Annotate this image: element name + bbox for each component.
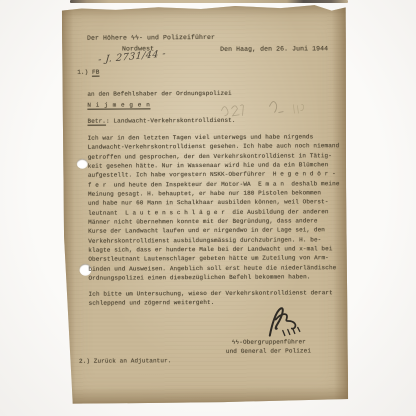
subject-separator: : xyxy=(106,118,113,125)
item-1-label: FB xyxy=(92,69,99,76)
item-1-number: 1.) xyxy=(77,69,92,76)
recipient-city: N i j m e g e n xyxy=(87,100,150,110)
subject-label: Betr. xyxy=(87,118,106,125)
body-paragraph-1: Ich war in den letzten Tagen viel unterw… xyxy=(88,132,341,283)
paper-top-edge-sliver xyxy=(70,0,348,3)
letter-paper: Der Höhere ϟϟ- und Polizeiführer Nordwes… xyxy=(62,4,348,404)
subject-line: Betr.: Landwacht-Verkehrskontrolldienst. xyxy=(87,116,235,126)
dateline: Den Haag, den 26. Juni 1944 xyxy=(220,44,328,54)
letterhead-unit-line: Der Höhere ϟϟ- und Polizeiführer xyxy=(87,33,215,43)
subject-text: Landwacht-Verkehrskontrolldienst. xyxy=(113,117,235,125)
item-1: 1.) FB xyxy=(77,68,99,77)
signature-paraph xyxy=(256,303,318,341)
document-photo: Der Höhere ϟϟ- und Polizeiführer Nordwes… xyxy=(0,0,416,416)
punch-hole-top xyxy=(77,159,88,169)
item-2: 2.) Zurück an Adjutantur. xyxy=(79,356,172,366)
signature-title-line: und General der Polizei xyxy=(226,346,311,356)
handwritten-journal-number: - J. 2731/44 - xyxy=(98,48,167,65)
